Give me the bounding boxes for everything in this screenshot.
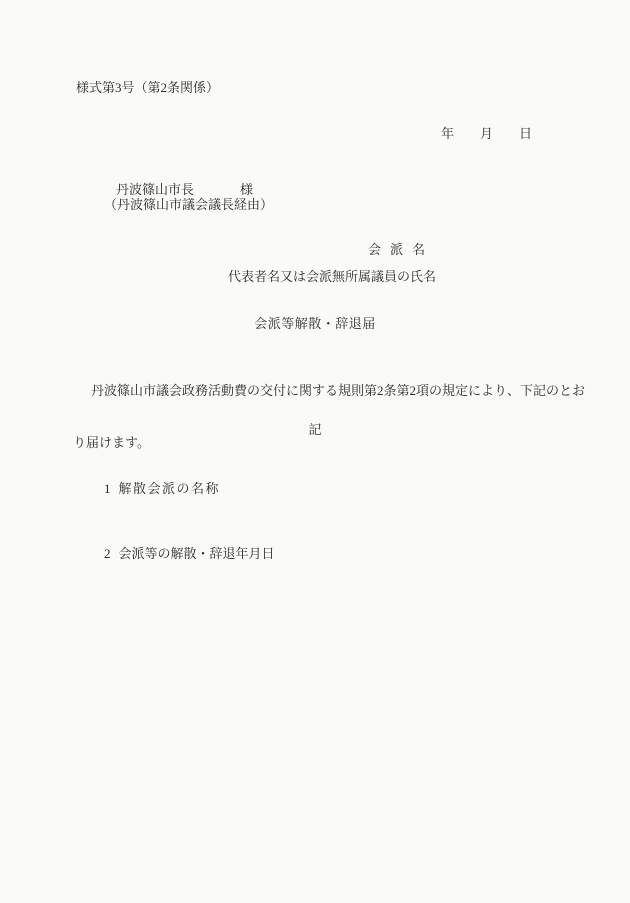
form-number: 様式第3号（第2条関係） <box>76 81 219 94</box>
list-item-dissolved-faction-name: 1解散会派の名称 <box>91 469 220 508</box>
faction-name-label: 会派名 <box>368 243 434 256</box>
list-item-dissolution-date: 2会派等の解散・辞退年月日 <box>91 534 275 573</box>
via-note: （丹波篠山市議会議長経由） <box>104 198 273 211</box>
body-paragraph: 丹波篠山市議会政務活動費の交付に関する規則第2条第2項の規定により、下記のとお … <box>73 352 578 482</box>
document-page: 様式第3号（第2条関係） 年 月 日 丹波篠山市長様 （丹波篠山市議会議長経由）… <box>0 0 630 903</box>
item-label: 会派等の解散・辞退年月日 <box>119 546 275 561</box>
item-number: 2 <box>104 547 111 560</box>
addressee-name: 丹波篠山市長 <box>116 182 194 197</box>
body-paragraph-line-1: 丹波篠山市議会政務活動費の交付に関する規則第2条第2項の規定により、下記のとお <box>73 378 578 404</box>
representative-name-label: 代表者名又は会派無所属議員の氏名 <box>228 270 436 283</box>
item-label: 解散会派の名称 <box>119 481 221 496</box>
item-number: 1 <box>104 482 111 495</box>
document-title: 会派等解散・辞退届 <box>0 317 630 330</box>
record-marker: 記 <box>0 423 630 436</box>
addressee-honorific: 様 <box>240 182 253 197</box>
date-line: 年 月 日 <box>441 127 532 140</box>
